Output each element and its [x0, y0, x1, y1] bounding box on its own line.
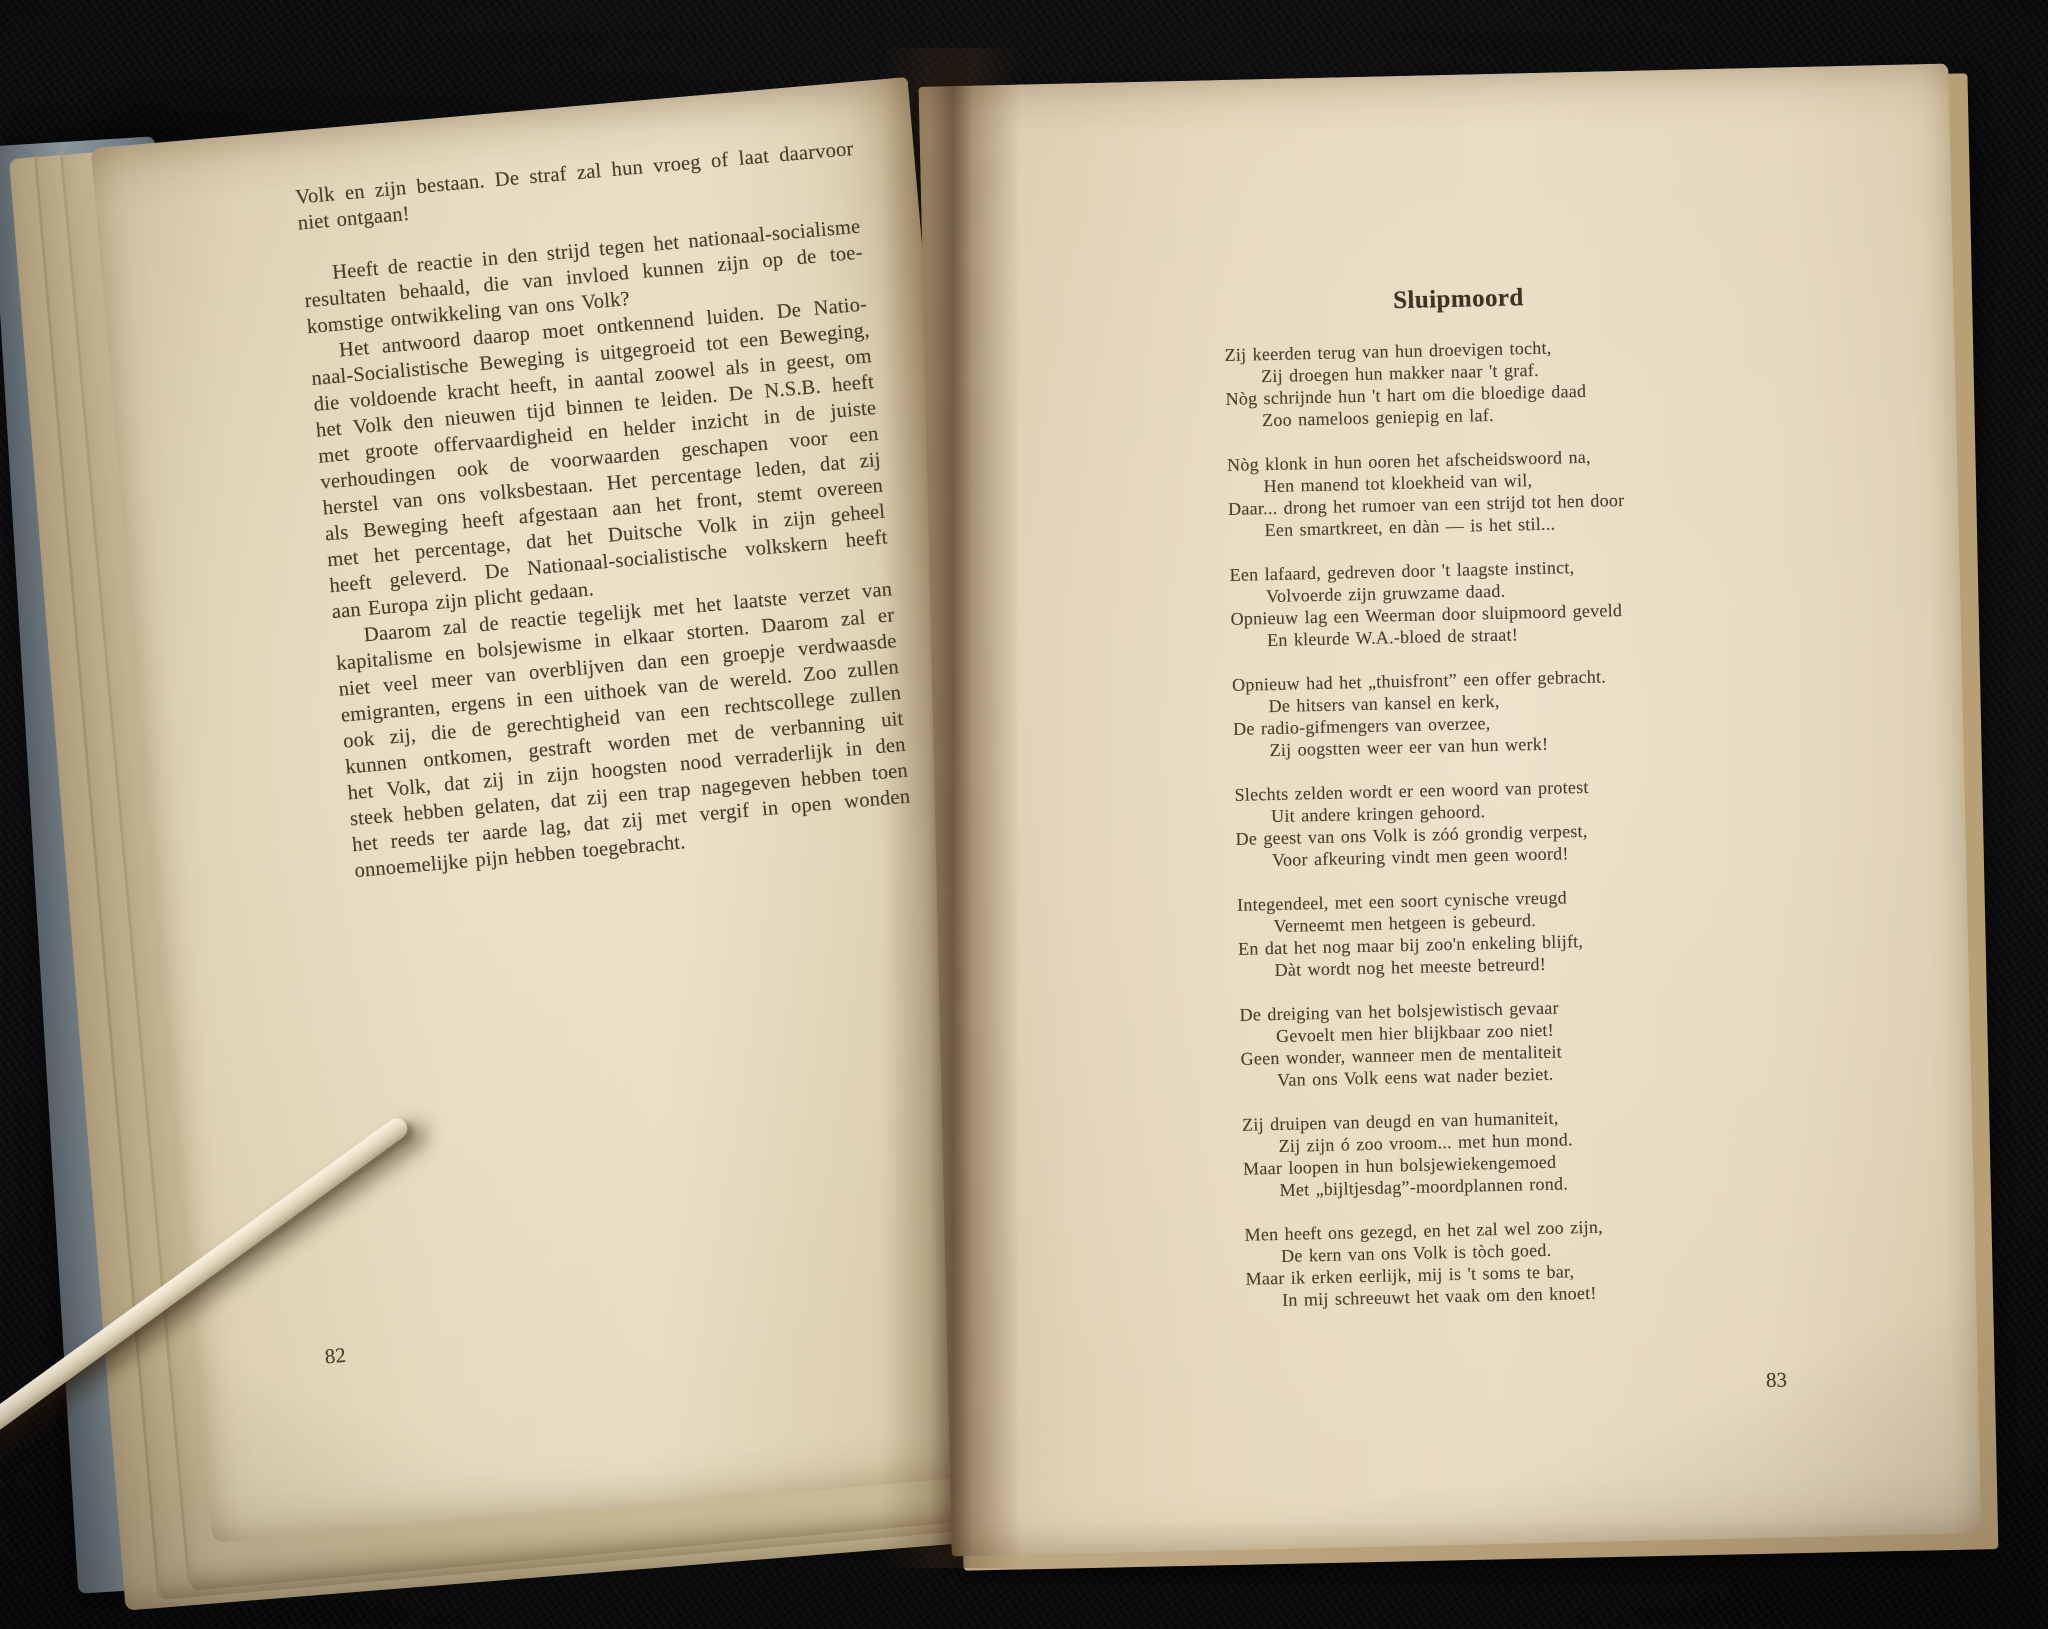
page-number-right: 83	[1766, 1368, 1788, 1393]
right-page: Sluipmoord Zij keerden terug van hun dro…	[918, 64, 1981, 1557]
book-gutter-shadow	[880, 48, 1020, 1568]
poem-stanza: Slechts zelden wordt er een woord van pr…	[1234, 773, 1706, 872]
page-number-left: 82	[324, 1343, 347, 1370]
poem-title: Sluipmoord	[1223, 279, 1694, 320]
poem-stanza: Men heeft ons gezegd, en het zal wel zoo…	[1244, 1213, 1716, 1312]
poem-stanza: Zij druipen van deugd en van humaniteit,…	[1242, 1103, 1714, 1202]
photo-of-open-book: Volkenzijnbestaan.Destrafzalhunvroegofla…	[0, 0, 2048, 1629]
poem-stanza: Zij keerden terug van hun droevigen toch…	[1224, 333, 1696, 432]
poem-stanza: Opnieuw had het „thuisfront” een offer g…	[1232, 663, 1704, 762]
poem-stanza: De dreiging van het bolsjewistisch gevaa…	[1239, 993, 1711, 1092]
poem-block: Sluipmoord Zij keerden terug van hun dro…	[1223, 279, 1717, 1333]
poem-stanza: Integendeel, met een soort cynische vreu…	[1237, 883, 1709, 982]
poem-stanza: Nòg klonk in hun ooren het afscheidswoor…	[1227, 443, 1699, 542]
paragraph: Daaromzaldereactietegelijkmethetlaatstev…	[333, 576, 914, 884]
poem-stanza: Een lafaard, gedreven door 't laagste in…	[1229, 553, 1701, 652]
paragraph: Hetantwoorddaaropmoetontkennendluiden.De…	[308, 291, 891, 625]
prose-text-block: Volkenzijnbestaan.Destrafzalhunvroegofla…	[294, 136, 913, 884]
